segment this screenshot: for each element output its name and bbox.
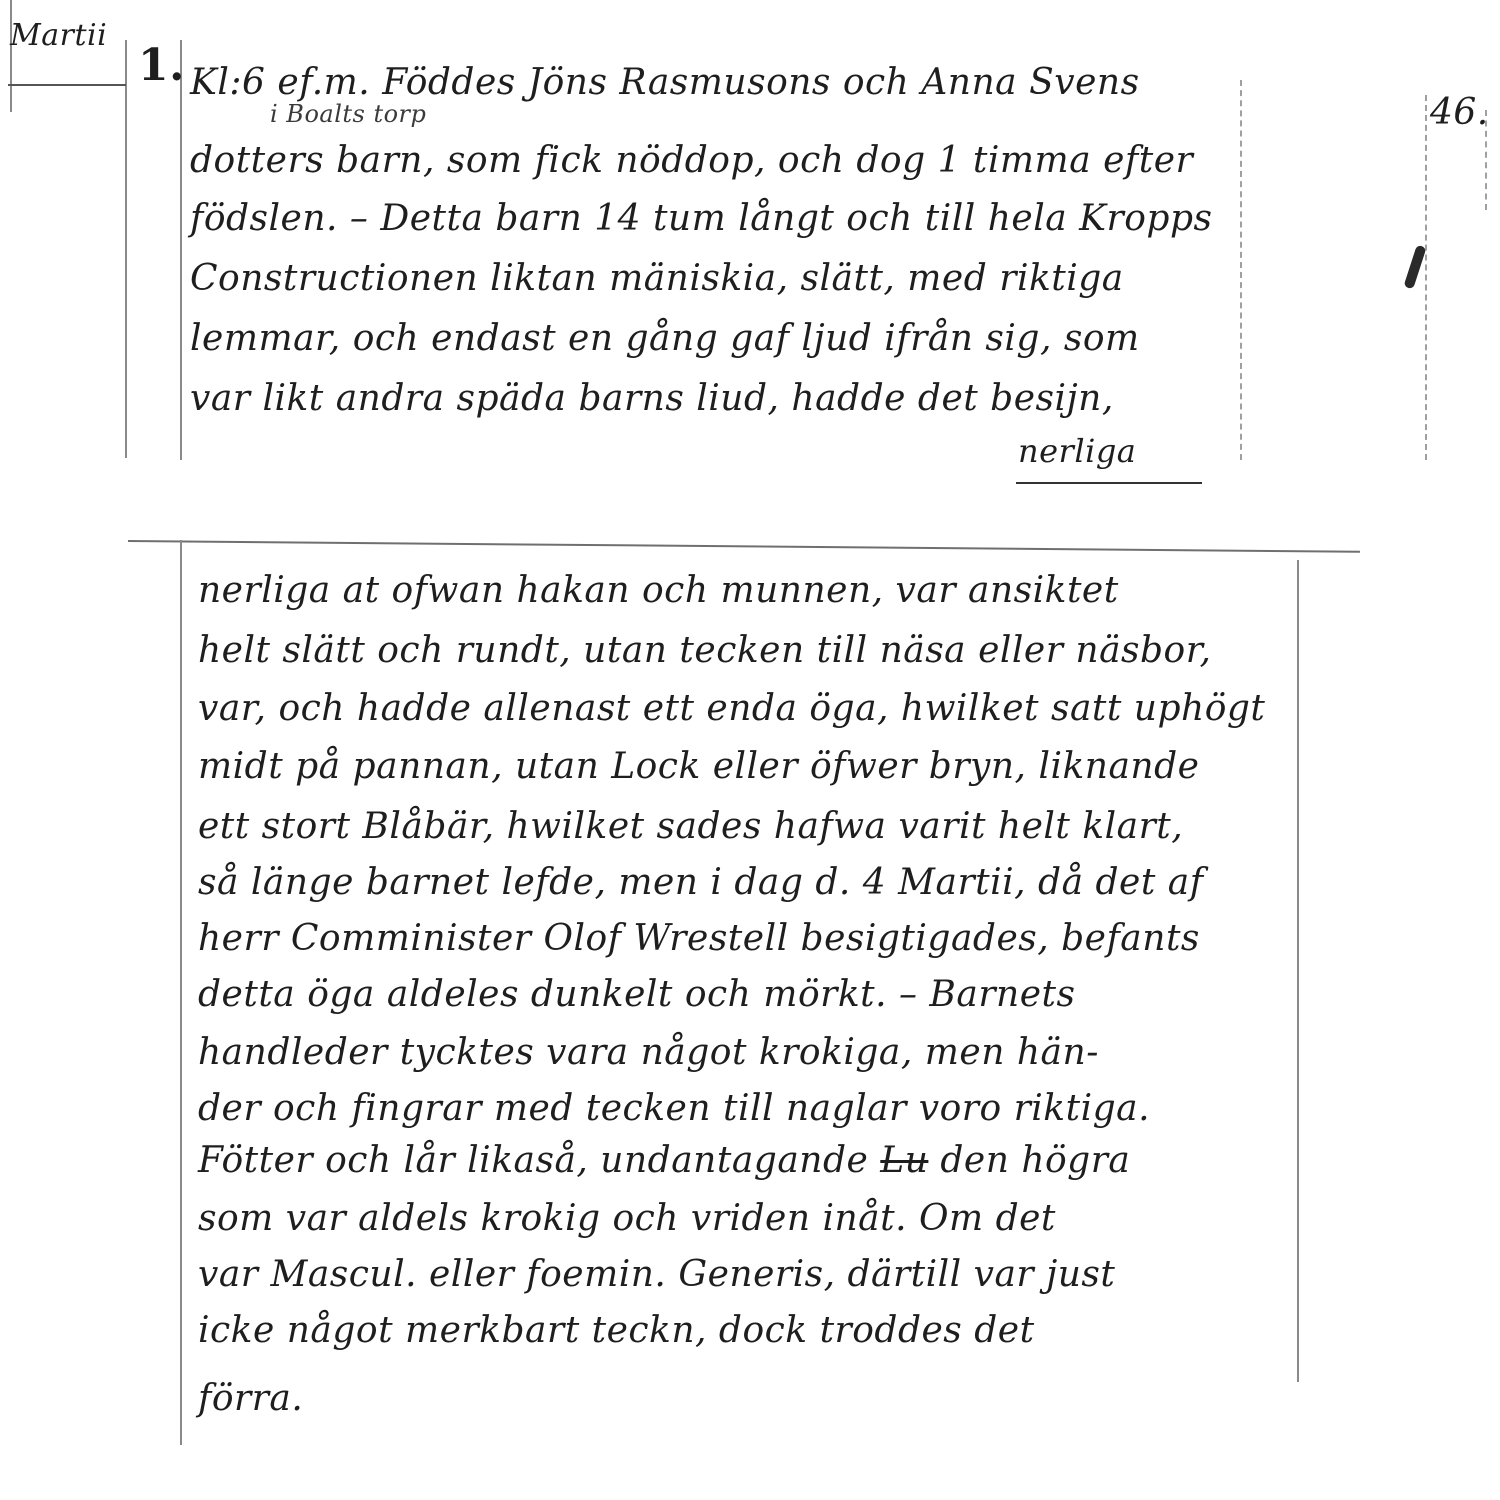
interlinear-insert: i Boalts torp: [270, 100, 426, 128]
text-line-bottom-9: handleder tycktes vara något krokiga, me…: [198, 1032, 1099, 1073]
register-page: Martii 1. 46. i Boalts torp Kl:6 ef.m. F…: [0, 0, 1500, 1500]
text-line-bottom-3: var, och hadde allenast ett enda öga, hw…: [198, 688, 1265, 729]
text-line-top-2: dotters barn, som fick nöddop, och dog 1…: [190, 140, 1193, 181]
text-line-bottom-11: Fötter och lår likaså, undantagande Lu d…: [198, 1140, 1130, 1181]
text-line-bottom-11-start: Fötter och lår likaså, undantagande: [198, 1140, 868, 1181]
text-line-bottom-15: förra.: [198, 1378, 303, 1419]
right-text-rule-bottom: [1297, 560, 1299, 1382]
page-number-rule-left: [1425, 95, 1427, 460]
text-line-bottom-8: detta öga aldeles dunkelt och mörkt. – B…: [198, 974, 1076, 1015]
text-line-bottom-2: helt slätt och rundt, utan tecken till n…: [198, 630, 1211, 671]
text-line-top-4: Constructionen liktan mäniskia, slätt, m…: [190, 258, 1124, 299]
text-line-top-5: lemmar, och endast en gång gaf ljud ifrå…: [190, 318, 1140, 359]
text-line-bottom-11-end: den högra: [940, 1140, 1130, 1181]
text-line-bottom-12: som var aldels krokig och vriden inåt. O…: [198, 1198, 1056, 1239]
text-line-bottom-4: midt på pannan, utan Lock eller öfwer br…: [198, 746, 1199, 787]
text-column-rule-bottom: [180, 540, 182, 1445]
right-text-rule-top: [1240, 80, 1242, 460]
entry-number: 1.: [138, 40, 185, 91]
ink-blot: [1403, 245, 1426, 290]
text-line-bottom-5: ett stort Blåbär, hwilket sades hafwa va…: [198, 806, 1183, 847]
page-number: 46.: [1430, 92, 1489, 133]
catchword: nerliga: [1018, 432, 1136, 470]
text-line-bottom-1: nerliga at ofwan hakan och munnen, var a…: [198, 570, 1119, 611]
margin-left-rule: [10, 0, 12, 112]
month-column-rule: [125, 40, 127, 458]
text-column-rule-top: [180, 40, 182, 460]
text-line-bottom-10: der och fingrar med tecken till naglar v…: [198, 1088, 1150, 1129]
section-top-rule: [128, 540, 1360, 553]
text-line-bottom-14: icke något merkbart teckn, dock troddes …: [198, 1310, 1035, 1351]
text-line-bottom-6: så länge barnet lefde, men i dag d. 4 Ma…: [198, 862, 1204, 903]
text-line-top-6: var likt andra späda barns liud, hadde d…: [190, 378, 1114, 419]
text-line-bottom-7: herr Comminister Olof Wrestell besigtiga…: [198, 918, 1200, 959]
struck-word: Lu: [880, 1140, 928, 1181]
margin-month: Martii: [10, 18, 107, 53]
text-line-bottom-13: var Mascul. eller foemin. Generis, därti…: [198, 1254, 1115, 1295]
text-line-top-3: födslen. – Detta barn 14 tum långt och t…: [190, 198, 1212, 239]
month-underline: [8, 84, 126, 86]
catchword-underline: [1016, 482, 1202, 484]
text-line-top-1: Kl:6 ef.m. Föddes Jöns Rasmusons och Ann…: [190, 62, 1140, 103]
